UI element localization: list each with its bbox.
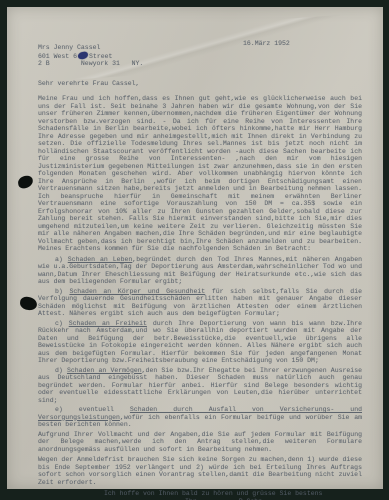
recipient-name: Mrs Jenny Cassel [38, 44, 362, 52]
item-c-heading: Schaden an Freiheit [69, 320, 147, 327]
paragraph-frist: Wegen der Anmeldefrist brauchen Sie sich… [38, 456, 362, 486]
item-b-label: b) [55, 288, 69, 295]
letter-content: 16.März 1952 Mrs Jenny Cassel 601 West 6… [38, 39, 362, 500]
list-item-a: a) Schaden an Leben,begründet durch den … [38, 256, 362, 286]
item-d-heading: Schaden an Vermögen [67, 367, 142, 374]
recipient-address-block: Mrs Jenny Cassel 601 West 6Street 2 B Ne… [38, 44, 362, 68]
list-item-b: b) Schaden an Körper und Gesundheit für … [38, 288, 362, 318]
closing-line: Ich hoffe von Ihnen bald zu hören und gr… [104, 490, 362, 498]
item-a-heading: Schaden an Leben [68, 256, 133, 263]
recipient-city-line: 2 B Newyork 31 NY. [38, 60, 362, 68]
list-item-e: e) eventuell Schaden durch Ausfall von V… [38, 406, 362, 429]
item-a-label: a) [55, 256, 68, 263]
item-b-heading: Schaden an Körper und Gesundheit [69, 288, 205, 295]
recipient-street-suffix: Street [89, 53, 112, 60]
list-item-c: c) Schaden an Freiheit durch Ihre Deport… [38, 320, 362, 365]
letter-date: 16.März 1952 [243, 40, 290, 48]
item-c-text: durch Ihre Deportierung von wann bis wan… [38, 320, 362, 365]
recipient-street-line: 601 West 6Street [38, 52, 362, 61]
item-d-label: d) [55, 367, 67, 374]
letter-paper: 16.März 1952 Mrs Jenny Cassel 601 West 6… [7, 7, 383, 489]
list-item-d: d) Schaden an Vermögen,den Sie bzw.Ihr E… [38, 367, 362, 405]
ink-blot [78, 51, 89, 59]
paragraph-intro: Meine Frau und ich hoffen,dass es Ihnen … [38, 95, 362, 253]
item-c-label: c) [55, 320, 69, 327]
recipient-street-prefix: 601 West 6 [38, 53, 77, 60]
salutation: Sehr verehrte Frau Cassel, [38, 80, 362, 88]
item-e-label: e) eventuell [55, 406, 130, 413]
paragraph-vollmacht: Aufgrund Ihrer Vollmacht und der Angaben… [38, 431, 362, 454]
scanned-letter-page: { "colors": { "scan_border": "#16211c", … [0, 0, 389, 500]
